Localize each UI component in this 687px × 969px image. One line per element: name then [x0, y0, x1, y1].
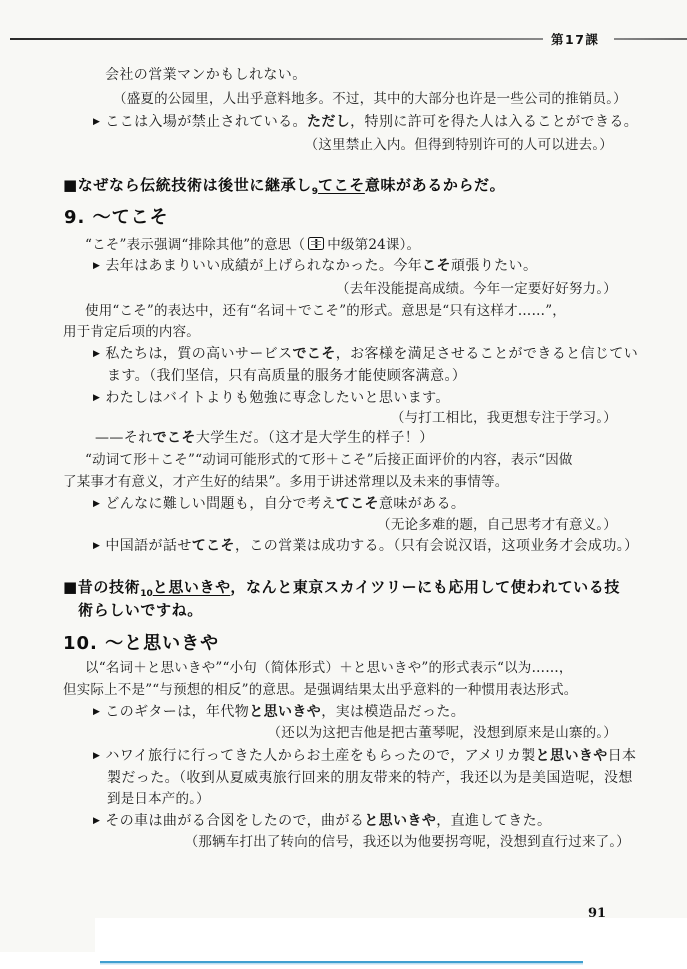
jp-text: その車は曲がる合図をしたので，曲がる — [105, 813, 364, 829]
grammar-heading-9: 9. ～てこそ — [64, 207, 169, 229]
cn-translation: （那辆车打出了转向的信号，我还以为他要拐弯呢，没想到直行过来了。） — [185, 834, 630, 850]
jp-text: 製だった。（收到从夏威夷旅行回来的朋友带来的特产，我还以为是美国造呢，没想 — [107, 770, 633, 786]
explanation-line: “こそ”表示强调“排除其他”的意思（中级第24课）。 — [85, 237, 420, 253]
triangle-bullet-icon: ▶ — [93, 751, 100, 761]
jp-text: 会社の営業マンかもしれない。 — [105, 67, 307, 83]
emphasis-text: ただし — [307, 114, 350, 130]
cn-text: （无论多难的题，自己思考才有意义。） — [377, 517, 617, 533]
jp-text: ，お客様を満足させることができると信じてい — [336, 346, 638, 362]
banner-text: 意味があるからだ。 — [365, 176, 505, 194]
underlined-pattern: てこそ — [318, 176, 365, 194]
jp-text: どんなに難しい問題も，自分で考え — [105, 496, 335, 512]
cn-text: 但实际上不是”“与预想的相反”的意思。是强调结果太出乎意料的一种惯用表达形式。 — [63, 682, 578, 698]
header-rule-left — [10, 38, 543, 40]
heading-number: 10. — [63, 633, 98, 654]
cn-text: （盛夏的公园里，人出乎意料地多。不过，其中的大部分也许是一些公司的推销员。） — [113, 91, 627, 107]
explanation-line: 用于肯定后项的内容。 — [63, 324, 200, 340]
banner-text: 術らしいですね。 — [78, 601, 203, 619]
jp-example-continuation: ます。（我们坚信，只有高质量的服务才能使顾客满意。） — [107, 368, 466, 385]
jp-example: ▶私たちは，質の高いサービスでこそ，お客様を満足させることができると信じてい — [93, 346, 638, 363]
triangle-bullet-icon: ▶ — [93, 816, 100, 826]
emphasis-text: でこそ — [153, 430, 196, 446]
cn-translation: （无论多难的题，自己思考才有意义。） — [377, 517, 617, 533]
bottom-accent-line — [100, 961, 583, 963]
heading-title: ～と思いきや — [105, 633, 219, 654]
cn-translation: （盛夏的公园里，人出乎意料地多。不过，其中的大部分也许是一些公司的推销员。） — [113, 91, 627, 107]
banner-text: ，なんと東京スカイツリーにも応用して使われている技 — [230, 578, 620, 596]
cn-text: （那辆车打出了转向的信号，我还以为他要拐弯呢，没想到直行过来了。） — [185, 834, 630, 850]
emphasis-text: と思いきや — [249, 704, 321, 720]
book-icon — [308, 237, 324, 250]
emphasis-text: てこそ — [192, 538, 235, 554]
jp-text: このギターは，年代物 — [105, 704, 249, 720]
cn-text: （这里禁止入内。但得到特别许可的人可以进去。） — [305, 137, 613, 153]
jp-example: ▶わたしはバイトよりも勉強に専念したいと思います。 — [93, 390, 450, 407]
emphasis-text: と思いきや — [536, 748, 608, 764]
cn-translation: （与打工相比，我更想专注于学习。） — [391, 410, 617, 426]
triangle-bullet-icon: ▶ — [93, 707, 100, 717]
jp-text: 中国語が話せ — [105, 538, 191, 554]
jp-text: わたしはバイトよりも勉強に専念したいと思います。 — [105, 390, 449, 406]
grammar-ref-number: 10 — [140, 589, 153, 599]
jp-example: ▶このギターは，年代物と思いきや，実は模造品だった。 — [93, 704, 465, 721]
jp-text: 日本 — [608, 748, 637, 764]
jp-text: 私たちは，質の高いサービス — [105, 346, 292, 362]
jp-text: 去年はあまりいい成績が上げられなかった。今年 — [105, 258, 422, 274]
explanation-line: 使用“こそ”的表达中，还有“名词＋でこそ”的形式。意思是“只有这样才……”， — [85, 303, 566, 319]
cn-text: 使用“こそ”的表达中，还有“名词＋でこそ”的形式。意思是“只有这样才……”， — [85, 303, 566, 319]
cn-text: “动词て形＋こそ”“动词可能形式的て形＋こそ”后接正面评价的内容，表示“因做 — [85, 452, 573, 468]
jp-text: ，実は模造品だった。 — [321, 704, 465, 720]
cn-text: （去年没能提高成绩。今年一定要好好努力。） — [336, 281, 617, 297]
jp-example: ▶ハワイ旅行に行ってきた人からお土産をもらったので，アメリカ製と思いきや日本 — [93, 748, 636, 765]
cn-text: 以“名词＋と思いきや”“小句（简体形式）＋と思いきや”的形式表示“以为……， — [85, 660, 573, 676]
jp-example: ▶どんなに難しい問題も，自分で考えてこそ意味がある。 — [93, 496, 465, 513]
grammar-heading-10: 10. ～と思いきや — [63, 633, 219, 655]
cn-text: “こそ”表示强调“排除其他”的意思（ — [85, 237, 305, 253]
emphasis-text: てこそ — [336, 496, 379, 512]
jp-dialogue-reply: ——それでこそ大学生だ。（这才是大学生的样子！） — [95, 430, 434, 447]
cn-text: （与打工相比，我更想专注于学习。） — [391, 410, 617, 426]
jp-example-continuation: 製だった。（收到从夏威夷旅行回来的朋友带来的特产，我还以为是美国造呢，没想 — [107, 770, 633, 787]
cn-text: 到是日本产的。） — [107, 791, 210, 807]
jp-example: ▶中国語が話せてこそ，この営業は成功する。（只有会说汉语，这项业务才会成功。） — [93, 538, 639, 555]
triangle-bullet-icon: ▶ — [93, 349, 100, 359]
jp-example: ▶去年はあまりいい成績が上げられなかった。今年こそ頑張りたい。 — [93, 258, 537, 275]
highlight-banner-10-continuation: 術らしいですね。 — [78, 601, 203, 619]
cn-text: 了某事才有意义，才产生好的结果”。多用于讲述常理以及未来的事情等。 — [63, 474, 509, 490]
emphasis-text: と思いきや — [364, 813, 436, 829]
banner-text: ■昔の技術 — [63, 578, 140, 596]
jp-text: ハワイ旅行に行ってきた人からお土産をもらったので，アメリカ製 — [105, 748, 535, 764]
banner-text: ■なぜなら伝統技術は後世に継承し — [63, 176, 312, 194]
jp-text: 意味がある。 — [379, 496, 465, 512]
jp-example: ▶その車は曲がる合図をしたので，曲がると思いきや，直進してきた。 — [93, 813, 551, 830]
cn-translation-continuation: 到是日本产的。） — [107, 791, 210, 807]
explanation-line: “动词て形＋こそ”“动词可能形式的て形＋こそ”后接正面评价的内容，表示“因做 — [85, 452, 573, 468]
highlight-banner-9: ■なぜなら伝統技術は後世に継承し9てこそ意味があるからだ。 — [63, 176, 505, 198]
cn-text: 中级第24课）。 — [327, 237, 420, 253]
jp-text: ，特別に許可を得た人は入ることができる。 — [350, 114, 638, 130]
triangle-bullet-icon: ▶ — [93, 393, 100, 403]
explanation-line: 了某事才有意义，才产生好的结果”。多用于讲述常理以及未来的事情等。 — [63, 474, 509, 490]
jp-text: 大学生だ。（这才是大学生的样子！） — [196, 430, 434, 446]
triangle-bullet-icon: ▶ — [93, 499, 100, 509]
header-rule-right — [614, 38, 687, 40]
cn-text: 用于肯定后项的内容。 — [63, 324, 200, 340]
underlined-pattern: と思いきや — [153, 578, 231, 596]
textbook-scan-page: 第17課 会社の営業マンかもしれない。 （盛夏的公园里，人出乎意料地多。不过，其… — [0, 0, 687, 969]
jp-sentence-continuation: 会社の営業マンかもしれない。 — [105, 67, 307, 84]
cn-translation: （这里禁止入内。但得到特别许可的人可以进去。） — [305, 137, 613, 153]
cn-text: （还以为这把吉他是把古董琴呢，没想到原来是山寨的。） — [268, 725, 617, 741]
heading-title: ～てこそ — [93, 207, 169, 228]
jp-text: ，直進してきた。 — [436, 813, 551, 829]
triangle-bullet-icon: ▶ — [93, 541, 100, 551]
triangle-bullet-icon: ▶ — [93, 261, 100, 271]
jp-text: ここは入場が禁止されている。 — [105, 114, 307, 130]
jp-example: ▶ここは入場が禁止されている。ただし，特別に許可を得た人は入ることができる。 — [93, 114, 638, 131]
heading-number: 9. — [64, 207, 85, 228]
jp-text: ——それ — [95, 430, 153, 446]
cn-translation: （还以为这把吉他是把古董琴呢，没想到原来是山寨的。） — [268, 725, 617, 741]
emphasis-text: こそ — [422, 258, 451, 274]
highlight-banner-10: ■昔の技術10と思いきや，なんと東京スカイツリーにも応用して使われている技 — [63, 578, 620, 600]
jp-text: ，この営業は成功する。（只有会说汉语，这项业务才会成功。） — [235, 538, 639, 554]
jp-text: 頑張りたい。 — [451, 258, 537, 274]
cn-translation: （去年没能提高成绩。今年一定要好好努力。） — [336, 281, 617, 297]
triangle-bullet-icon: ▶ — [93, 117, 100, 127]
explanation-line: 以“名词＋と思いきや”“小句（简体形式）＋と思いきや”的形式表示“以为……， — [85, 660, 573, 676]
lesson-label: 第17課 — [551, 30, 599, 48]
jp-text: ます。（我们坚信，只有高质量的服务才能使顾客满意。） — [107, 368, 466, 384]
explanation-line: 但实际上不是”“与预想的相反”的意思。是强调结果太出乎意料的一种惯用表达形式。 — [63, 682, 578, 698]
emphasis-text: でこそ — [293, 346, 336, 362]
